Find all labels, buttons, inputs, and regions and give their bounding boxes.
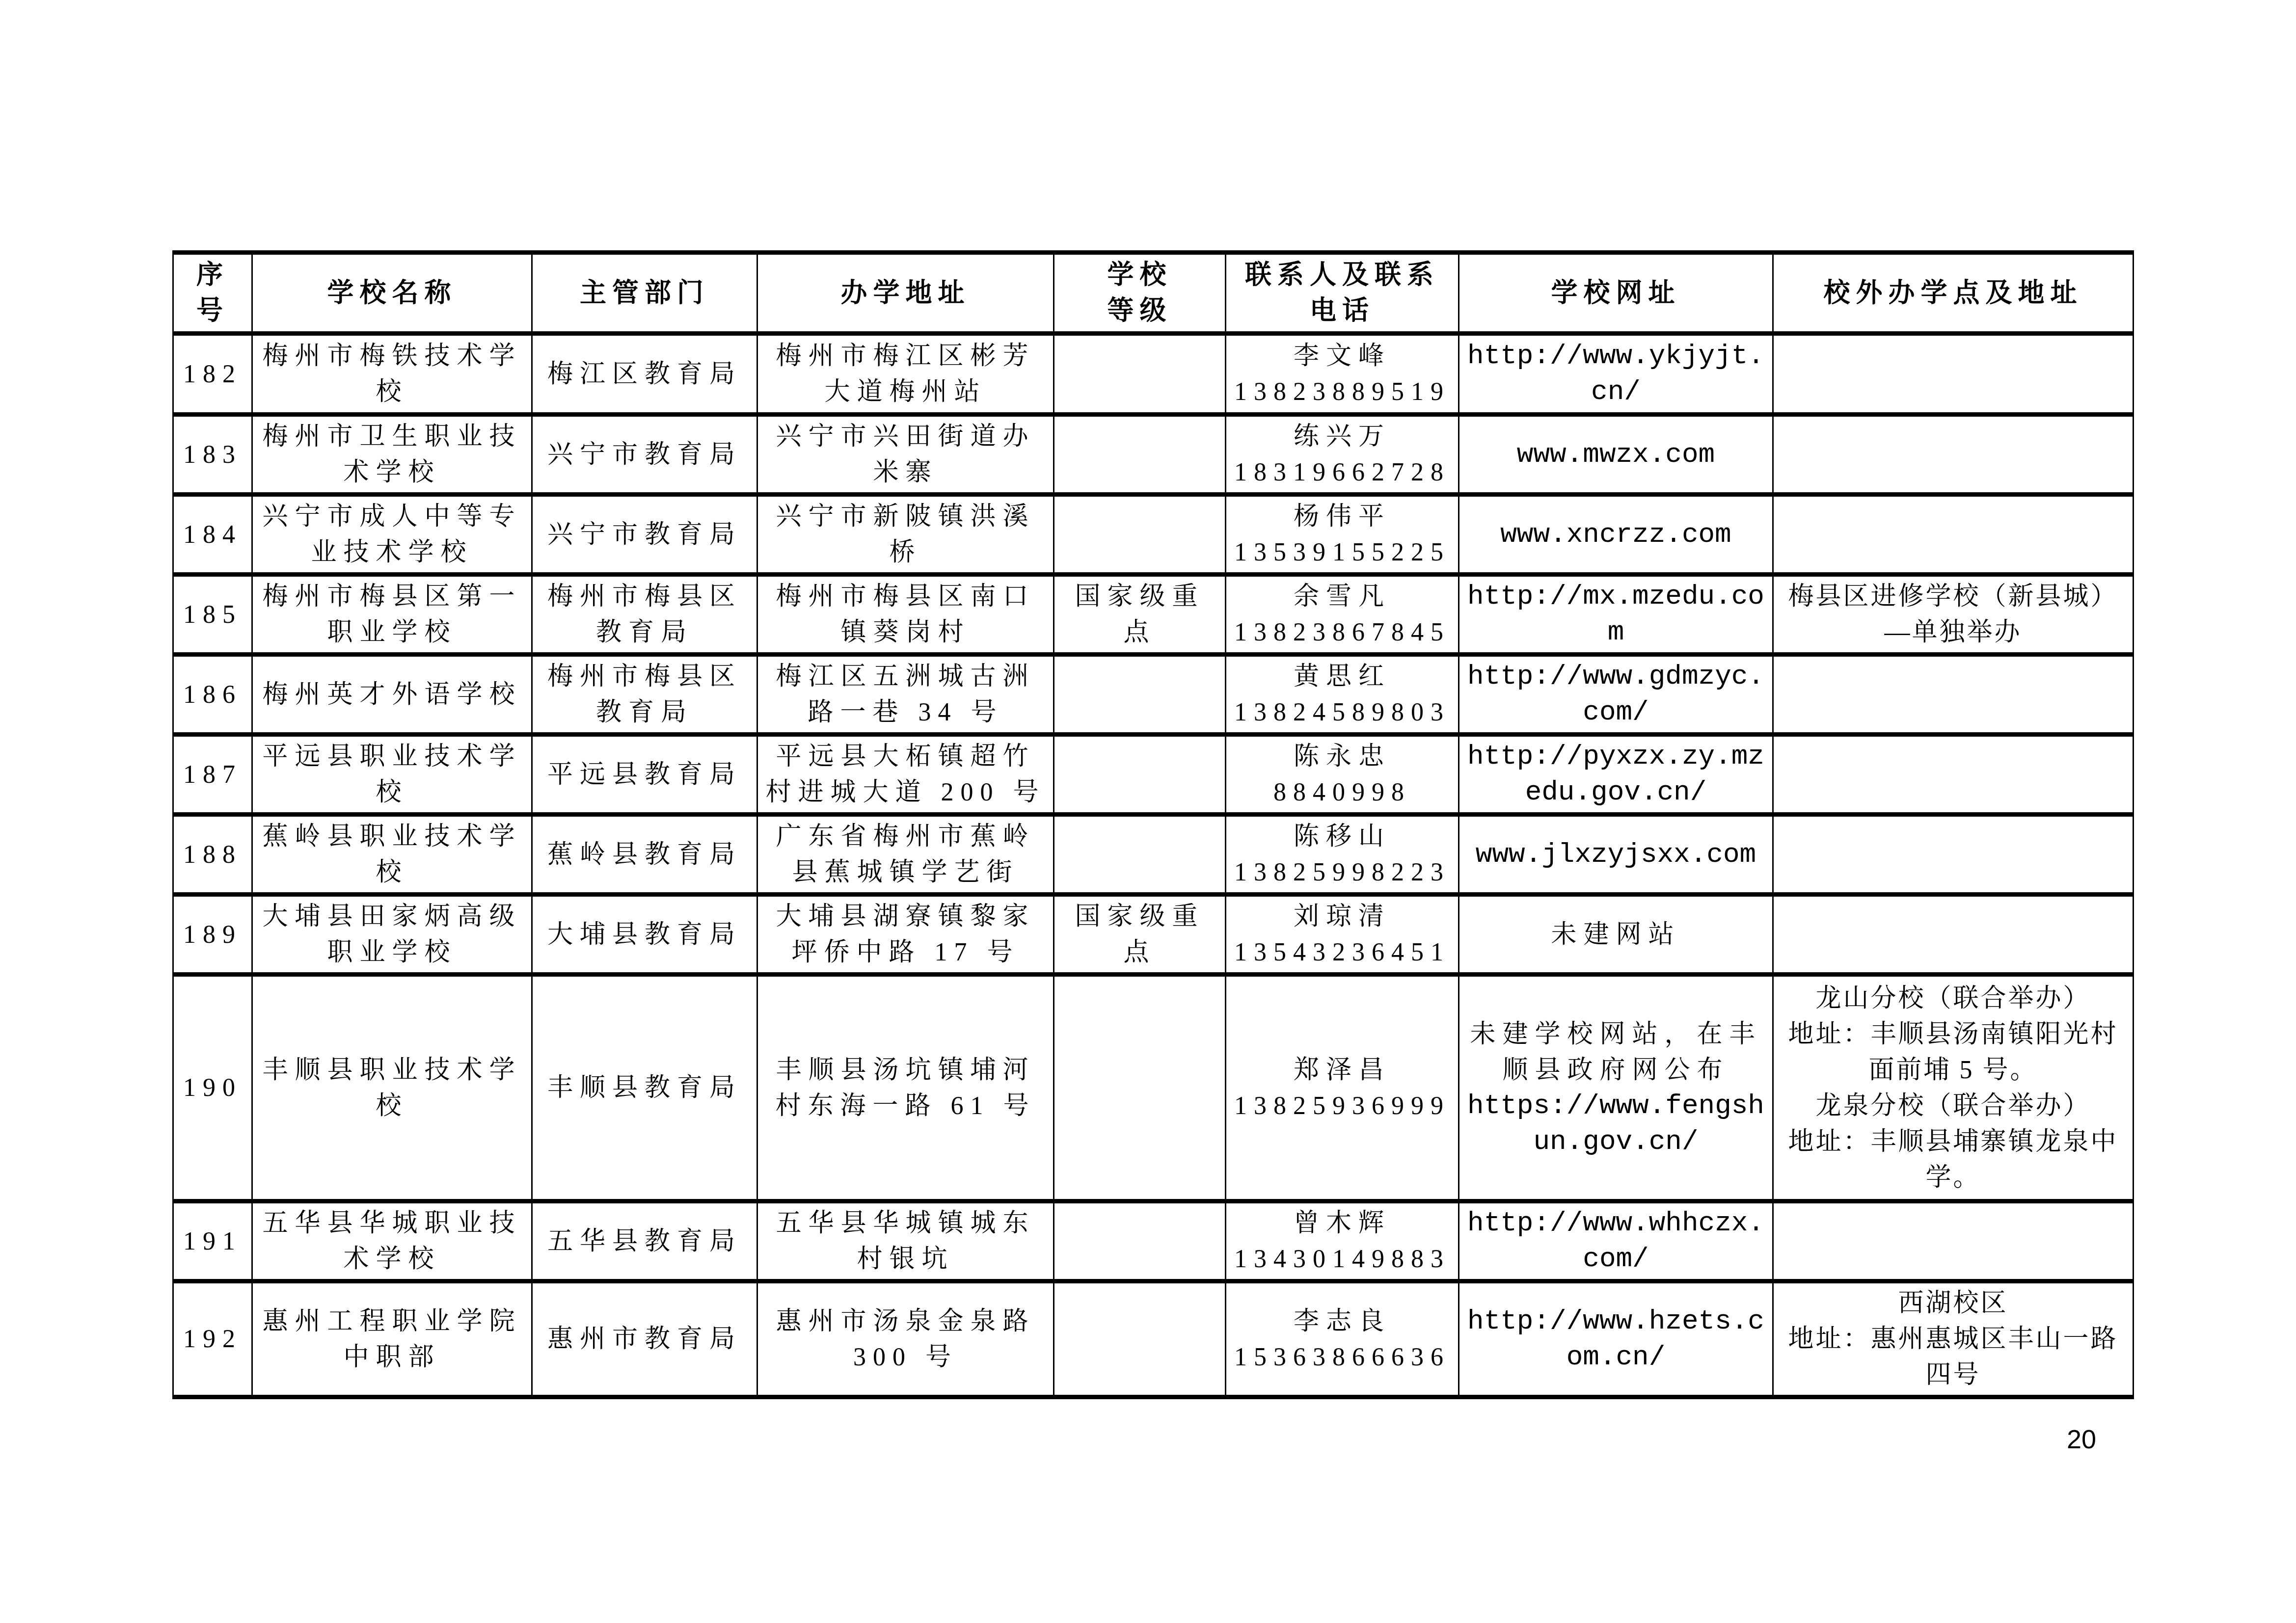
cell-department: 平远县教育局: [532, 735, 757, 815]
document-page: 序 号 学校名称 主管部门 办学地址 学校 等级 联系人及联系 电话 学校网址 …: [0, 0, 2296, 1623]
cell-school-name: 惠州工程职业学院中职部: [252, 1281, 532, 1397]
cell-address: 惠州市汤泉金泉路 300 号: [757, 1281, 1054, 1397]
cell-level: [1054, 415, 1226, 495]
cell-serial: 188: [173, 815, 252, 895]
cell-school-name: 平远县职业技术学校: [252, 735, 532, 815]
website-note: 未建学校网站，在丰顺县政府网公布: [1464, 1016, 1767, 1088]
table-row: 188蕉岭县职业技术学校蕉岭县教育局广东省梅州市蕉岭县蕉城镇学艺街陈移山 138…: [173, 815, 2134, 895]
cell-offsite: [1773, 415, 2134, 495]
cell-level: [1054, 1281, 1226, 1397]
cell-level: 国家级重点: [1054, 895, 1226, 975]
header-serial: 序 号: [173, 253, 252, 334]
cell-offsite: [1773, 1201, 2134, 1281]
page-number: 20: [2067, 1424, 2096, 1455]
cell-website: http://www.whhczx.com/: [1459, 1201, 1773, 1281]
cell-department: 梅州市梅县区教育局: [532, 655, 757, 735]
header-offsite: 校外办学点及地址: [1773, 253, 2134, 334]
header-level: 学校 等级: [1054, 253, 1226, 334]
cell-level: [1054, 1201, 1226, 1281]
cell-level: [1054, 495, 1226, 575]
cell-website: http://www.ykjyjt.cn/: [1459, 334, 1773, 415]
cell-website: www.xncrzz.com: [1459, 495, 1773, 575]
cell-serial: 186: [173, 655, 252, 735]
cell-contact: 练兴万 18319662728: [1226, 415, 1459, 495]
website-url: http://mx.mzedu.com: [1464, 579, 1767, 650]
header-row: 序 号 学校名称 主管部门 办学地址 学校 等级 联系人及联系 电话 学校网址 …: [173, 253, 2134, 334]
cell-department: 丰顺县教育局: [532, 975, 757, 1201]
cell-school-name: 梅州市梅县区第一职业学校: [252, 575, 532, 655]
cell-serial: 191: [173, 1201, 252, 1281]
table-row: 190丰顺县职业技术学校丰顺县教育局丰顺县汤坑镇埔河村东海一路 61 号郑泽昌 …: [173, 975, 2134, 1201]
header-website: 学校网址: [1459, 253, 1773, 334]
cell-contact: 陈移山 13825998223: [1226, 815, 1459, 895]
cell-school-name: 梅州市卫生职业技术学校: [252, 415, 532, 495]
cell-department: 兴宁市教育局: [532, 415, 757, 495]
cell-contact: 杨伟平 13539155225: [1226, 495, 1459, 575]
cell-serial: 185: [173, 575, 252, 655]
cell-address: 广东省梅州市蕉岭县蕉城镇学艺街: [757, 815, 1054, 895]
cell-offsite: [1773, 735, 2134, 815]
table-row: 186梅州英才外语学校梅州市梅县区教育局梅江区五洲城古洲路一巷 34 号黄思红 …: [173, 655, 2134, 735]
cell-school-name: 五华县华城职业技术学校: [252, 1201, 532, 1281]
cell-address: 平远县大柘镇超竹村进城大道 200 号: [757, 735, 1054, 815]
cell-address: 大埔县湖寮镇黎家坪侨中路 17 号: [757, 895, 1054, 975]
cell-level: [1054, 975, 1226, 1201]
cell-level: [1054, 815, 1226, 895]
website-url: www.xncrzz.com: [1464, 517, 1767, 553]
website-url: http://pyxzx.zy.mzedu.gov.cn/: [1464, 739, 1767, 810]
website-url: www.jlxzyjsxx.com: [1464, 837, 1767, 873]
website-url: http://www.ykjyjt.cn/: [1464, 338, 1767, 410]
cell-contact: 李文峰 13823889519: [1226, 334, 1459, 415]
cell-website: 未建学校网站，在丰顺县政府网公布https://www.fengshun.gov…: [1459, 975, 1773, 1201]
cell-serial: 184: [173, 495, 252, 575]
cell-contact: 刘琼清 13543236451: [1226, 895, 1459, 975]
cell-contact: 余雪凡 13823867845: [1226, 575, 1459, 655]
table-header: 序 号 学校名称 主管部门 办学地址 学校 等级 联系人及联系 电话 学校网址 …: [173, 253, 2134, 334]
cell-department: 惠州市教育局: [532, 1281, 757, 1397]
cell-website: 未建网站: [1459, 895, 1773, 975]
cell-department: 五华县教育局: [532, 1201, 757, 1281]
cell-address: 兴宁市新陂镇洪溪桥: [757, 495, 1054, 575]
cell-contact: 郑泽昌 13825936999: [1226, 975, 1459, 1201]
cell-school-name: 丰顺县职业技术学校: [252, 975, 532, 1201]
cell-offsite: [1773, 655, 2134, 735]
cell-school-name: 梅州英才外语学校: [252, 655, 532, 735]
cell-website: http://www.gdmzyc.com/: [1459, 655, 1773, 735]
cell-level: [1054, 735, 1226, 815]
cell-level: [1054, 655, 1226, 735]
cell-school-name: 梅州市梅铁技术学校: [252, 334, 532, 415]
cell-website: http://pyxzx.zy.mzedu.gov.cn/: [1459, 735, 1773, 815]
cell-offsite: 龙山分校（联合举办） 地址：丰顺县汤南镇阳光村面前埔 5 号。 龙泉分校（联合举…: [1773, 975, 2134, 1201]
header-school-name: 学校名称: [252, 253, 532, 334]
cell-serial: 183: [173, 415, 252, 495]
cell-serial: 187: [173, 735, 252, 815]
cell-school-name: 兴宁市成人中等专业技术学校: [252, 495, 532, 575]
cell-contact: 曾木辉 13430149883: [1226, 1201, 1459, 1281]
header-contact: 联系人及联系 电话: [1226, 253, 1459, 334]
cell-offsite: [1773, 895, 2134, 975]
website-url: http://www.gdmzyc.com/: [1464, 659, 1767, 730]
cell-department: 兴宁市教育局: [532, 495, 757, 575]
cell-department: 大埔县教育局: [532, 895, 757, 975]
cell-contact: 黄思红 13824589803: [1226, 655, 1459, 735]
cell-address: 丰顺县汤坑镇埔河村东海一路 61 号: [757, 975, 1054, 1201]
cell-level: [1054, 334, 1226, 415]
table-row: 183梅州市卫生职业技术学校兴宁市教育局兴宁市兴田街道办米寨练兴万 183196…: [173, 415, 2134, 495]
table-row: 191五华县华城职业技术学校五华县教育局五华县华城镇城东村银坑曾木辉 13430…: [173, 1201, 2134, 1281]
cell-website: http://www.hzets.com.cn/: [1459, 1281, 1773, 1397]
cell-address: 梅州市梅江区彬芳大道梅州站: [757, 334, 1054, 415]
cell-website: http://mx.mzedu.com: [1459, 575, 1773, 655]
cell-offsite: 西湖校区 地址：惠州惠城区丰山一路四号: [1773, 1281, 2134, 1397]
cell-website: www.mwzx.com: [1459, 415, 1773, 495]
cell-serial: 192: [173, 1281, 252, 1397]
cell-serial: 190: [173, 975, 252, 1201]
cell-address: 梅州市梅县区南口镇葵岗村: [757, 575, 1054, 655]
cell-school-name: 蕉岭县职业技术学校: [252, 815, 532, 895]
website-url: http://www.whhczx.com/: [1464, 1205, 1767, 1277]
cell-department: 梅州市梅县区教育局: [532, 575, 757, 655]
cell-department: 蕉岭县教育局: [532, 815, 757, 895]
website-url: www.mwzx.com: [1464, 437, 1767, 473]
website-note: 未建网站: [1464, 917, 1767, 953]
table-row: 189大埔县田家炳高级职业学校大埔县教育局大埔县湖寮镇黎家坪侨中路 17 号国家…: [173, 895, 2134, 975]
table-body: 182梅州市梅铁技术学校梅江区教育局梅州市梅江区彬芳大道梅州站李文峰 13823…: [173, 334, 2134, 1397]
cell-level: 国家级重点: [1054, 575, 1226, 655]
cell-serial: 182: [173, 334, 252, 415]
cell-address: 兴宁市兴田街道办米寨: [757, 415, 1054, 495]
cell-offsite: [1773, 334, 2134, 415]
cell-address: 梅江区五洲城古洲路一巷 34 号: [757, 655, 1054, 735]
table-row: 184兴宁市成人中等专业技术学校兴宁市教育局兴宁市新陂镇洪溪桥杨伟平 13539…: [173, 495, 2134, 575]
cell-serial: 189: [173, 895, 252, 975]
cell-school-name: 大埔县田家炳高级职业学校: [252, 895, 532, 975]
schools-table: 序 号 学校名称 主管部门 办学地址 学校 等级 联系人及联系 电话 学校网址 …: [172, 250, 2134, 1399]
header-address: 办学地址: [757, 253, 1054, 334]
cell-department: 梅江区教育局: [532, 334, 757, 415]
cell-offsite: 梅县区进修学校（新县城） —单独举办: [1773, 575, 2134, 655]
table-row: 185梅州市梅县区第一职业学校梅州市梅县区教育局梅州市梅县区南口镇葵岗村国家级重…: [173, 575, 2134, 655]
cell-contact: 陈永忠 8840998: [1226, 735, 1459, 815]
table-row: 182梅州市梅铁技术学校梅江区教育局梅州市梅江区彬芳大道梅州站李文峰 13823…: [173, 334, 2134, 415]
cell-offsite: [1773, 495, 2134, 575]
cell-offsite: [1773, 815, 2134, 895]
cell-address: 五华县华城镇城东村银坑: [757, 1201, 1054, 1281]
cell-contact: 李志良 15363866636: [1226, 1281, 1459, 1397]
table-row: 187平远县职业技术学校平远县教育局平远县大柘镇超竹村进城大道 200 号陈永忠…: [173, 735, 2134, 815]
table-row: 192惠州工程职业学院中职部惠州市教育局惠州市汤泉金泉路 300 号李志良 15…: [173, 1281, 2134, 1397]
website-url: https://www.fengshun.gov.cn/: [1464, 1088, 1767, 1160]
header-department: 主管部门: [532, 253, 757, 334]
cell-website: www.jlxzyjsxx.com: [1459, 815, 1773, 895]
website-url: http://www.hzets.com.cn/: [1464, 1304, 1767, 1375]
